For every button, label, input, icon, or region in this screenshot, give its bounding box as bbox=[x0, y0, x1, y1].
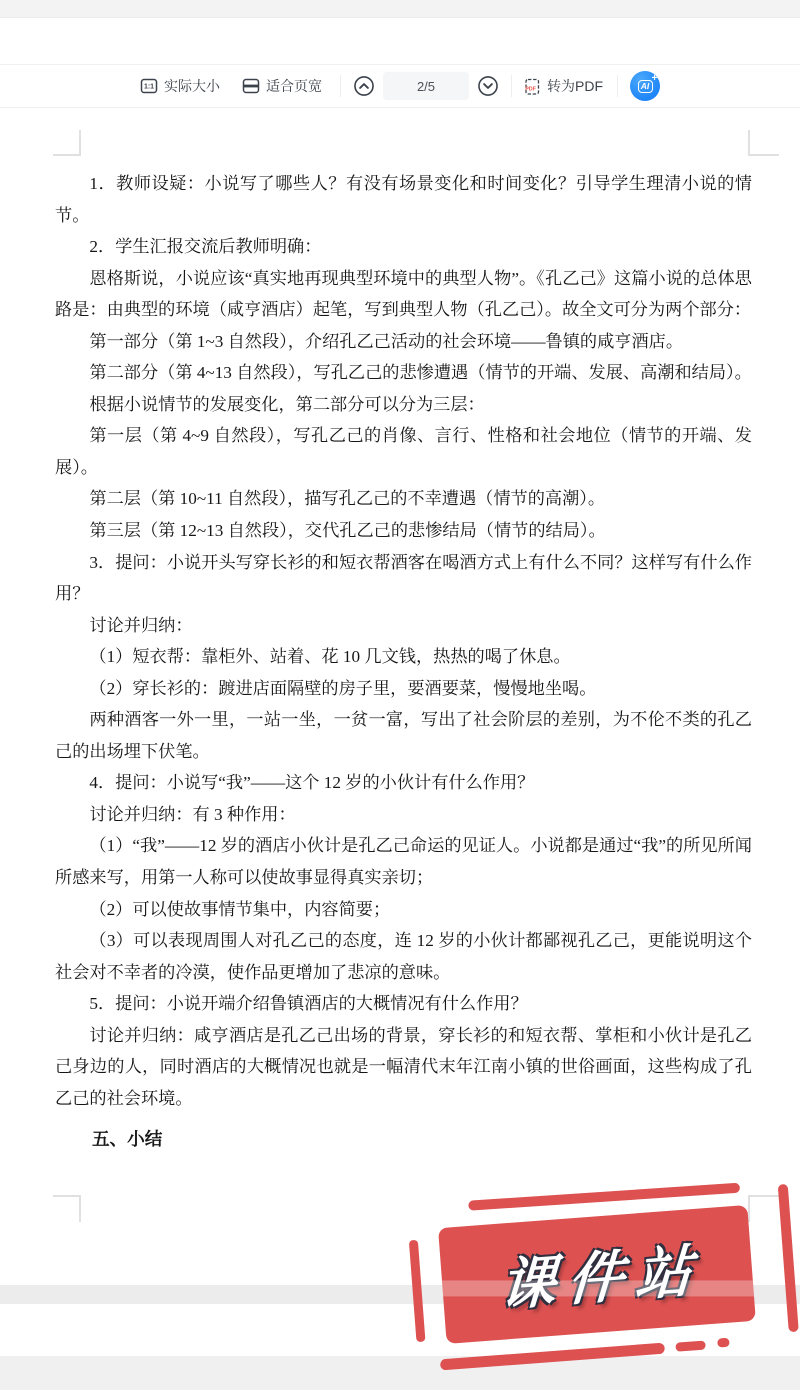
page-corner-mark bbox=[748, 130, 779, 156]
ai-assistant-icon: AI + bbox=[638, 80, 653, 93]
document-paragraph: （1）“我”——12 岁的酒店小伙计是孔乙己命运的见证人。小说都是通过“我”的所… bbox=[55, 830, 752, 893]
document-paragraph: 2．学生汇报交流后教师明确： bbox=[55, 231, 752, 263]
toolbar-divider bbox=[340, 75, 341, 97]
stamp-stripe bbox=[438, 1280, 756, 1296]
page-indicator-value: 2/5 bbox=[417, 79, 435, 94]
document-paragraph: 讨论并归纳：有 3 种作用： bbox=[55, 799, 752, 831]
document-paragraph: 根据小说情节的发展变化，第二部分可以分为三层： bbox=[55, 389, 752, 421]
toolbar-divider bbox=[617, 75, 618, 97]
document-paragraph: 第二部分（第 4~13 自然段），写孔乙己的悲惨遭遇（情节的开端、发展、高潮和结… bbox=[55, 357, 752, 389]
document-paragraph: （2）可以使故事情节集中，内容简要； bbox=[55, 894, 752, 926]
viewer-canvas[interactable]: 1．教师设疑：小说写了哪些人？有没有场景变化和时间变化？引导学生理清小说的情节。… bbox=[0, 109, 800, 1390]
convert-pdf-label: 转为PDF bbox=[547, 76, 603, 96]
document-paragraph: 1．教师设疑：小说写了哪些人？有没有场景变化和时间变化？引导学生理清小说的情节。 bbox=[55, 168, 752, 231]
document-paragraph: 五、小结 bbox=[55, 1124, 752, 1156]
convert-to-pdf-button[interactable]: PDF 转为PDF bbox=[523, 76, 603, 96]
actual-size-button[interactable]: 1:1 实际大小 bbox=[140, 76, 220, 96]
document-paragraph: 4．提问：小说写“我”——这个 12 岁的小伙计有什么作用？ bbox=[55, 767, 752, 799]
previous-page-button[interactable] bbox=[353, 75, 375, 97]
one-to-one-icon: 1:1 bbox=[140, 77, 158, 95]
page-corner-mark bbox=[53, 130, 81, 156]
chevron-up-circle-icon bbox=[353, 75, 375, 97]
ai-icon-text: AI bbox=[641, 82, 650, 91]
document-paragraph: 第二层（第 10~11 自然段），描写孔乙己的不幸遭遇（情节的高潮）。 bbox=[55, 483, 752, 515]
toolbar-divider bbox=[511, 75, 512, 97]
next-page-button[interactable] bbox=[477, 75, 499, 97]
pdf-icon-text: PDF bbox=[525, 86, 536, 92]
actual-size-label: 实际大小 bbox=[164, 76, 220, 96]
window-top-strip bbox=[0, 0, 800, 18]
document-page: 1．教师设疑：小说写了哪些人？有没有场景变化和时间变化？引导学生理清小说的情节。… bbox=[55, 168, 752, 1156]
watermark-stamp: 课件站 bbox=[406, 1178, 799, 1372]
viewer-toolbar: 1:1 实际大小 适合页宽 2/5 PDF 转为PDF bbox=[0, 64, 800, 108]
document-paragraph: 5．提问：小说开端介绍鲁镇酒店的大概情况有什么作用？ bbox=[55, 988, 752, 1020]
one-to-one-icon-text: 1:1 bbox=[144, 84, 154, 91]
document-paragraph: 第一部分（第 1~3 自然段），介绍孔乙己活动的社会环境——鲁镇的咸亨酒店。 bbox=[55, 326, 752, 358]
document-paragraph: 两种酒客一外一里，一站一坐，一贫一富，写出了社会阶层的差别，为不伦不类的孔乙己的… bbox=[55, 704, 752, 767]
fit-width-icon bbox=[242, 77, 260, 95]
stamp-text: 课件站 bbox=[488, 1226, 707, 1323]
document-paragraph: 第三层（第 12~13 自然段），交代孔乙己的悲惨结局（情节的结局）。 bbox=[55, 515, 752, 547]
page-indicator[interactable]: 2/5 bbox=[383, 72, 469, 100]
document-paragraph: 第一层（第 4~9 自然段），写孔乙己的肖像、言行、性格和社会地位（情节的开端、… bbox=[55, 420, 752, 483]
stamp-border bbox=[778, 1184, 799, 1332]
stamp-border bbox=[717, 1338, 730, 1348]
document-paragraph: （1）短衣帮：靠柜外、站着、花 10 几文钱，热热的喝了休息。 bbox=[55, 641, 752, 673]
document-paragraph: 3．提问：小说开头写穿长衫的和短衣帮酒客在喝酒方式上有什么不同？这样写有什么作用… bbox=[55, 547, 752, 610]
stamp-body: 课件站 bbox=[438, 1205, 756, 1344]
ai-assistant-button[interactable]: AI + bbox=[630, 71, 660, 101]
fit-width-label: 适合页宽 bbox=[266, 76, 322, 96]
document-paragraph: 恩格斯说，小说应该“真实地再现典型环境中的典型人物”。《孔乙己》这篇小说的总体思… bbox=[55, 263, 752, 326]
document-paragraph: （2）穿长衫的：踱进店面隔壁的房子里，要酒要菜，慢慢地坐喝。 bbox=[55, 673, 752, 705]
ai-sparkle-icon: + bbox=[652, 74, 658, 84]
page-corner-mark bbox=[53, 1195, 81, 1222]
pdf-file-icon: PDF bbox=[523, 77, 541, 96]
stamp-border bbox=[468, 1183, 740, 1211]
fit-width-button[interactable]: 适合页宽 bbox=[242, 76, 322, 96]
document-paragraph: 讨论并归纳：咸亨酒店是孔乙己出场的背景，穿长衫的和短衣帮、掌柜和小伙计是孔乙己身… bbox=[55, 1020, 752, 1115]
document-paragraph: （3）可以表现周围人对孔乙己的态度，连 12 岁的小伙计都鄙视孔乙己，更能说明这… bbox=[55, 925, 752, 988]
document-paragraph: 讨论并归纳： bbox=[55, 610, 752, 642]
stamp-border bbox=[675, 1341, 706, 1352]
chevron-down-circle-icon bbox=[477, 75, 499, 97]
footer-strip bbox=[0, 1356, 800, 1390]
